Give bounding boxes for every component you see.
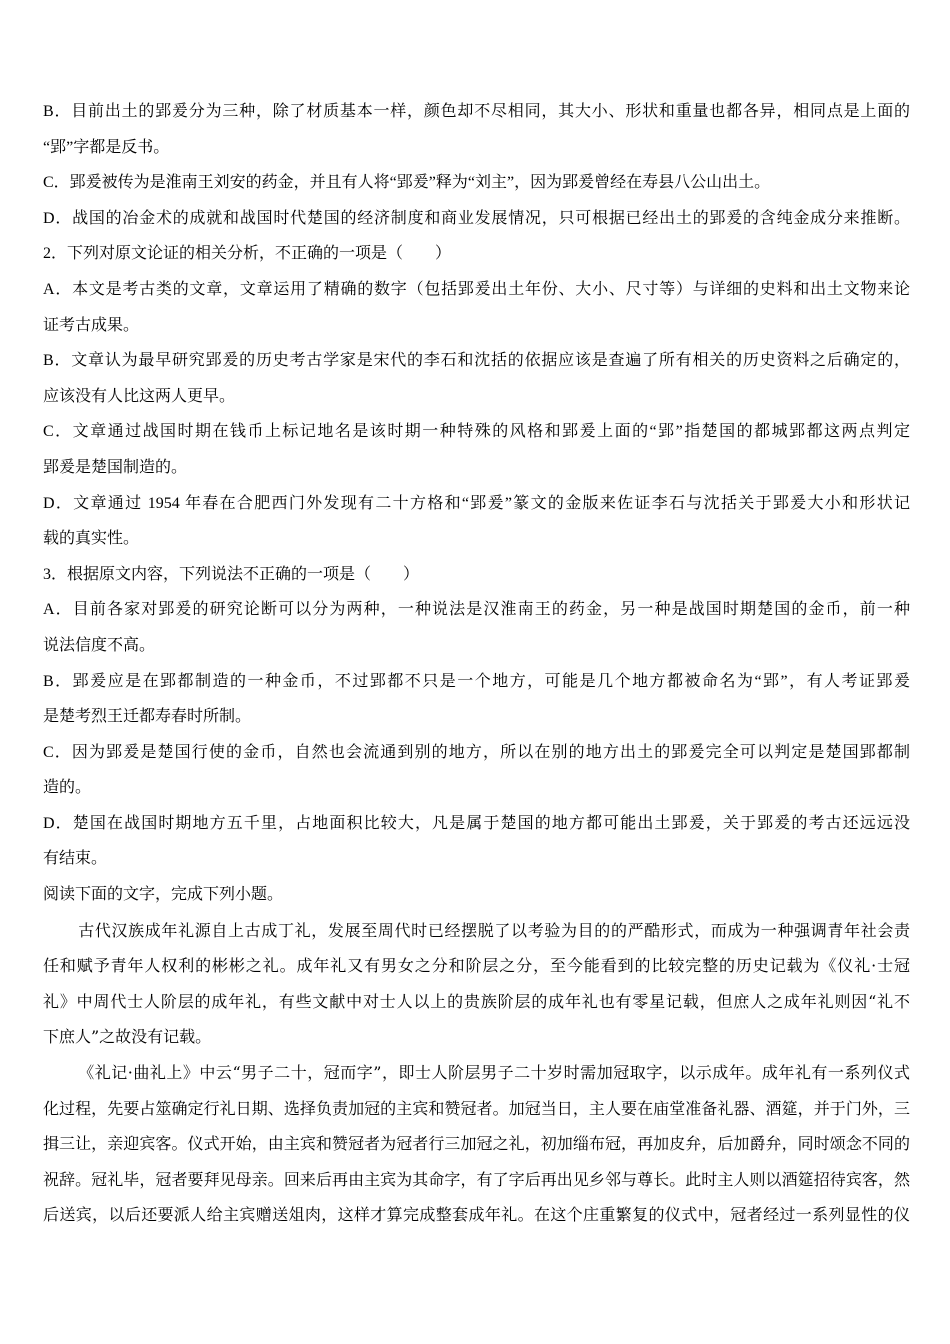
text-line: 阅读下面的文字，完成下列小题。 [43, 877, 910, 913]
text-line: 2．下列对原文论证的相关分析，不正确的一项是（ ） [43, 236, 910, 272]
text-line: 是楚考烈王迁都寿春时所制。 [43, 699, 910, 735]
text-line: C．郢爰被传为是淮南王刘安的药金，并且有人将“郢爰”释为“刘主”，因为郢爰曾经在… [43, 165, 910, 201]
text-line: 应该没有人比这两人更早。 [43, 379, 910, 415]
text-line: B．目前出土的郢爰分为三种，除了材质基本一样，颜色却不尽相同，其大小、形状和重量… [43, 94, 910, 130]
text-line: 有结束。 [43, 841, 910, 877]
text-line: A．目前各家对郢爰的研究论断可以分为两种，一种说法是汉淮南王的药金，另一种是战国… [43, 592, 910, 628]
text-line: 说法信度不高。 [43, 628, 910, 664]
document-body: B．目前出土的郢爰分为三种，除了材质基本一样，颜色却不尽相同，其大小、形状和重量… [43, 94, 910, 1233]
text-line: 3．根据原文内容，下列说法不正确的一项是（ ） [43, 557, 910, 593]
text-line: 证考古成果。 [43, 308, 910, 344]
text-line: C．因为郢爰是楚国行使的金币，自然也会流通到别的地方，所以在别的地方出土的郢爰完… [43, 735, 910, 771]
text-line: 下庶人”之故没有记载。 [43, 1019, 910, 1055]
text-line: D．楚国在战国时期地方五千里，占地面积比较大，凡是属于楚国的地方都可能出土郢爰，… [43, 806, 910, 842]
text-line: D．文章通过 1954 年春在合肥西门外发现有二十方格和“郢爰”篆文的金版来佐证… [43, 486, 910, 522]
text-line: 揖三让，亲迎宾客。仪式开始，由主宾和赞冠者为冠者行三加冠之礼，初加缁布冠，再加皮… [43, 1126, 910, 1162]
text-line: 《礼记·曲礼上》中云“男子二十，冠而字”，即士人阶层男子二十岁时需加冠取字，以示… [43, 1055, 910, 1091]
text-line: 化过程，先要占筮确定行礼日期、选择负责加冠的主宾和赞冠者。加冠当日，主人要在庙堂… [43, 1091, 910, 1127]
text-line: 载的真实性。 [43, 521, 910, 557]
text-line: 任和赋予青年人权利的彬彬之礼。成年礼又有男女之分和阶层之分，至今能看到的比较完整… [43, 948, 910, 984]
text-line: 古代汉族成年礼源自上古成丁礼，发展至周代时已经摆脱了以考验为目的的严酷形式，而成… [43, 913, 910, 949]
text-line: 郢爰是楚国制造的。 [43, 450, 910, 486]
text-line: A．本文是考古类的文章，文章运用了精确的数字（包括郢爰出土年份、大小、尺寸等）与… [43, 272, 910, 308]
document-page: B．目前出土的郢爰分为三种，除了材质基本一样，颜色却不尽相同，其大小、形状和重量… [0, 0, 950, 1344]
text-line: B．文章认为最早研究郢爰的历史考古学家是宋代的李石和沈括的依据应该是查遍了所有相… [43, 343, 910, 379]
text-line: 造的。 [43, 770, 910, 806]
text-line: 礼》中周代士人阶层的成年礼，有些文献中对士人以上的贵族阶层的成年礼也有零星记载，… [43, 984, 910, 1020]
text-line: 祝辞。冠礼毕，冠者要拜见母亲。回来后再由主宾为其命字，有了字后再出见乡邻与尊长。… [43, 1162, 910, 1198]
text-line: B．郢爰应是在郢都制造的一种金币，不过郢都不只是一个地方，可能是几个地方都被命名… [43, 664, 910, 700]
text-line: C．文章通过战国时期在钱币上标记地名是该时期一种特殊的风格和郢爰上面的“郢”指楚… [43, 414, 910, 450]
text-line: D．战国的冶金术的成就和战国时代楚国的经济制度和商业发展情况，只可根据已经出土的… [43, 201, 910, 237]
text-line: “郢”字都是反书。 [43, 130, 910, 166]
text-line: 后送宾，以后还要派人给主宾赠送俎肉，这样才算完成整套成年礼。在这个庄重繁复的仪式… [43, 1197, 910, 1233]
